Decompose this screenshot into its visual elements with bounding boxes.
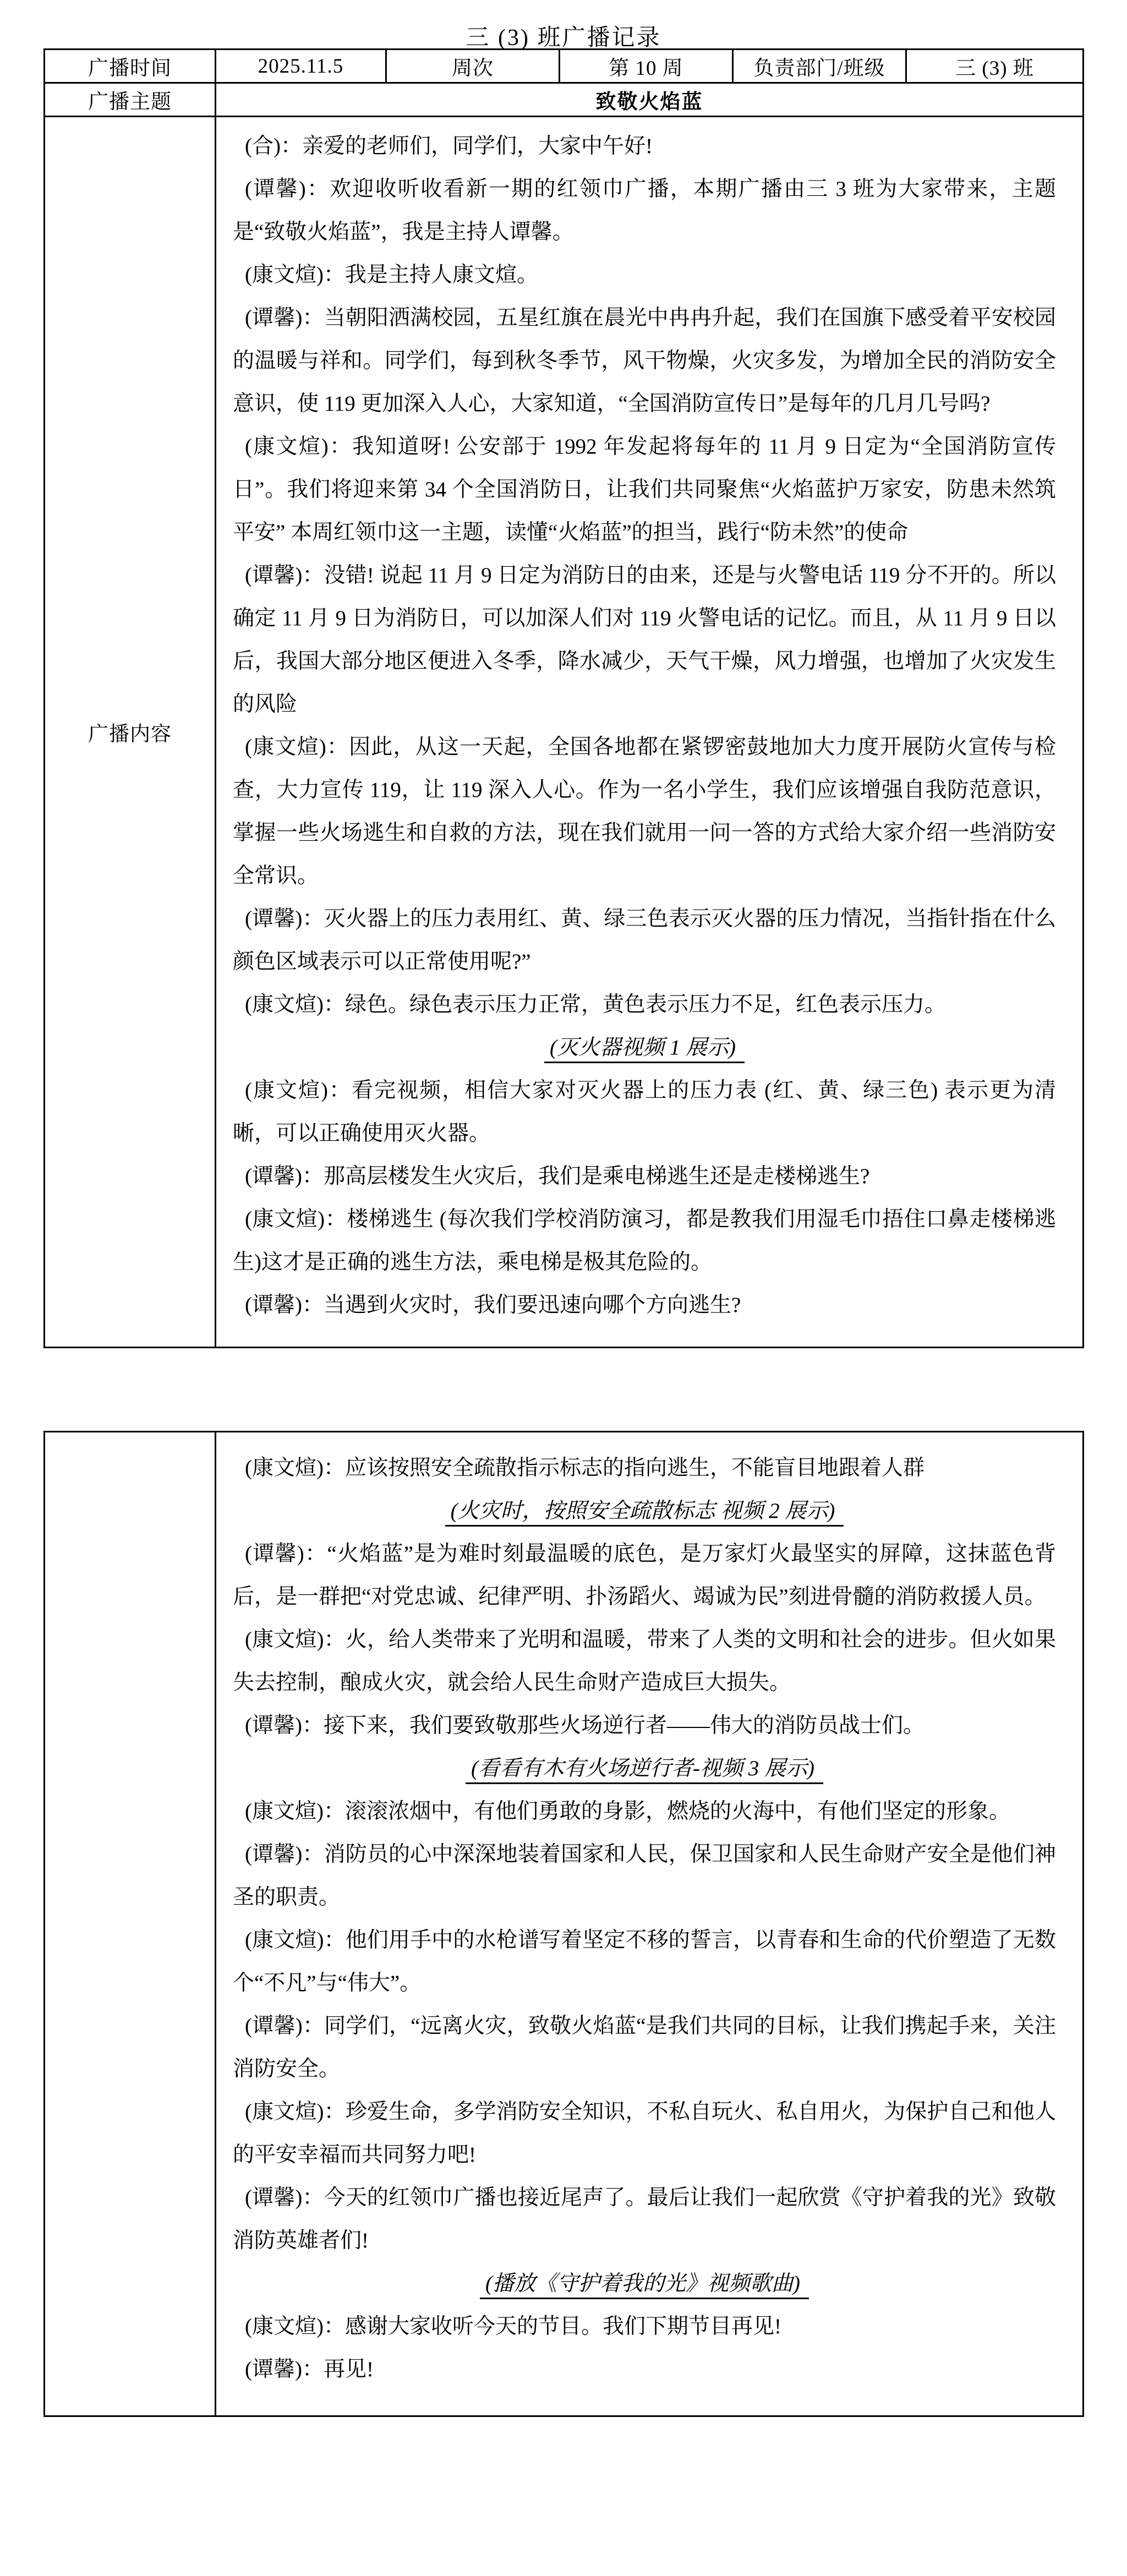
dialogue-line: (康文煊)：火，给人类带来了光明和温暖，带来了人类的文明和社会的进步。但火如果失… bbox=[233, 1618, 1056, 1704]
stage-direction-text: (看看有木有火场逆行者-视频 3 展示) bbox=[466, 1757, 823, 1784]
empty-label-cell bbox=[45, 1432, 216, 2416]
dialogue-line: (康文煊)：感谢大家收听今天的节目。我们下期节目再见! bbox=[233, 2305, 1056, 2348]
table-gap bbox=[0, 1348, 1127, 1431]
dialogue-line: (康文煊)：我是主持人康文煊。 bbox=[233, 254, 1056, 297]
broadcast-time-label: 广播时间 bbox=[45, 50, 216, 83]
dialogue-line: (谭馨)：没错! 说起 11 月 9 日定为消防日的由来，还是与火警电话 119… bbox=[233, 554, 1056, 726]
content-row-1: 广播内容 (合)：亲爱的老师们，同学们，大家中午好!(谭馨)：欢迎收听收看新一期… bbox=[45, 117, 1084, 1348]
dialogue-line: (谭馨)：灭火器上的压力表用红、黄、绿三色表示灭火器的压力情况，当指针指在什么颜… bbox=[233, 898, 1056, 983]
stage-direction-text: (灭火器视频 1 展示) bbox=[544, 1036, 745, 1063]
dialogue-line: (康文煊)：因此，从这一天起，全国各地都在紧锣密鼓地加大力度开展防火宣传与检查，… bbox=[233, 726, 1056, 898]
dialogue-line: (谭馨)：同学们，“远离火灾，致敬火焰蓝“是我们共同的目标，让我们携起手来，关注… bbox=[233, 2005, 1056, 2091]
department-label: 负责部门/班级 bbox=[733, 50, 906, 83]
dialogue-line: (谭馨)：欢迎收听收看新一期的红领巾广播，本期广播由三 3 班为大家带来，主题是… bbox=[233, 168, 1056, 254]
dialogue-line: (康文煊)：应该按照安全疏散指示标志的指向逃生，不能盲目地跟着人群 bbox=[233, 1447, 1056, 1490]
broadcast-content-1: (合)：亲爱的老师们，同学们，大家中午好!(谭馨)：欢迎收听收看新一期的红领巾广… bbox=[216, 117, 1084, 1348]
broadcast-content-table-2: (康文煊)：应该按照安全疏散指示标志的指向逃生，不能盲目地跟着人群(火灾时，按照… bbox=[43, 1431, 1084, 2417]
dialogue-line: (康文煊)：看完视频，相信大家对灭火器上的压力表 (红、黄、绿三色) 表示更为清… bbox=[233, 1069, 1056, 1155]
week-label: 周次 bbox=[386, 50, 560, 83]
info-header-table: 广播时间 2025.11.5 周次 第 10 周 负责部门/班级 三 (3) 班… bbox=[43, 48, 1084, 1348]
dialogue-line: (谭馨)：那高层楼发生火灾后，我们是乘电梯逃生还是走楼梯逃生? bbox=[233, 1155, 1056, 1198]
topic-label: 广播主题 bbox=[45, 83, 216, 117]
stage-direction: (看看有木有火场逆行者-视频 3 展示) bbox=[233, 1747, 1056, 1790]
dialogue-line: (谭馨)：当朝阳洒满校园，五星红旗在晨光中冉冉升起，我们在国旗下感受着平安校园的… bbox=[233, 297, 1056, 425]
dialogue-line: (康文煊)：他们用手中的水枪谱写着坚定不移的誓言，以青春和生命的代价塑造了无数个… bbox=[233, 1919, 1056, 2005]
dialogue-line: (谭馨)：今天的红领巾广播也接近尾声了。最后让我们一起欣赏《守护着我的光》致敬消… bbox=[233, 2176, 1056, 2262]
info-row: 广播时间 2025.11.5 周次 第 10 周 负责部门/班级 三 (3) 班 bbox=[45, 50, 1084, 83]
topic-row: 广播主题 致敬火焰蓝 bbox=[45, 83, 1084, 117]
stage-direction: (灭火器视频 1 展示) bbox=[233, 1026, 1056, 1069]
dialogue-line: (康文煊)：滚滚浓烟中，有他们勇敢的身影，燃烧的火海中，有他们坚定的形象。 bbox=[233, 1790, 1056, 1833]
dialogue-line: (谭馨)：消防员的心中深深地装着国家和人民，保卫国家和人民生命财产安全是他们神圣… bbox=[233, 1833, 1056, 1919]
dialogue-line: (康文煊)：我知道呀! 公安部于 1992 年发起将每年的 11 月 9 日定为… bbox=[233, 425, 1056, 554]
content-row-2: (康文煊)：应该按照安全疏散指示标志的指向逃生，不能盲目地跟着人群(火灾时，按照… bbox=[45, 1432, 1084, 2416]
stage-direction: (火灾时，按照安全疏散标志 视频 2 展示) bbox=[233, 1490, 1056, 1533]
dialogue-line: (谭馨)：再见! bbox=[233, 2348, 1056, 2391]
broadcast-content-2: (康文煊)：应该按照安全疏散指示标志的指向逃生，不能盲目地跟着人群(火灾时，按照… bbox=[216, 1432, 1084, 2416]
dialogue-line: (合)：亲爱的老师们，同学们，大家中午好! bbox=[233, 125, 1056, 168]
broadcast-time-value: 2025.11.5 bbox=[216, 50, 386, 83]
dialogue-line: (康文煊)：绿色。绿色表示压力正常，黄色表示压力不足，红色表示压力。 bbox=[233, 983, 1056, 1026]
page-title: 三 (3) 班广播记录 bbox=[0, 0, 1127, 48]
week-value: 第 10 周 bbox=[560, 50, 733, 83]
stage-direction-text: (播放《守护着我的光》视频歌曲) bbox=[480, 2272, 809, 2299]
content-label: 广播内容 bbox=[45, 117, 216, 1348]
dialogue-line: (康文煊)：珍爱生命，多学消防安全知识，不私自玩火、私自用火，为保护自己和他人的… bbox=[233, 2091, 1056, 2176]
document-page: 三 (3) 班广播记录 广播时间 2025.11.5 周次 第 10 周 负责部… bbox=[0, 0, 1127, 2576]
dialogue-line: (谭馨)：接下来，我们要致敬那些火场逆行者——伟大的消防员战士们。 bbox=[233, 1704, 1056, 1747]
stage-direction: (播放《守护着我的光》视频歌曲) bbox=[233, 2262, 1056, 2305]
department-value: 三 (3) 班 bbox=[906, 50, 1084, 83]
stage-direction-text: (火灾时，按照安全疏散标志 视频 2 展示) bbox=[445, 1499, 844, 1527]
dialogue-line: (谭馨)：当遇到火灾时，我们要迅速向哪个方向逃生? bbox=[233, 1284, 1056, 1327]
dialogue-line: (康文煊)：楼梯逃生 (每次我们学校消防演习，都是教我们用湿毛巾捂住口鼻走楼梯逃… bbox=[233, 1198, 1056, 1284]
dialogue-line: (谭馨)：“火焰蓝”是为难时刻最温暖的底色，是万家灯火最坚实的屏障，这抹蓝色背后… bbox=[233, 1533, 1056, 1618]
topic-value: 致敬火焰蓝 bbox=[216, 83, 1084, 117]
